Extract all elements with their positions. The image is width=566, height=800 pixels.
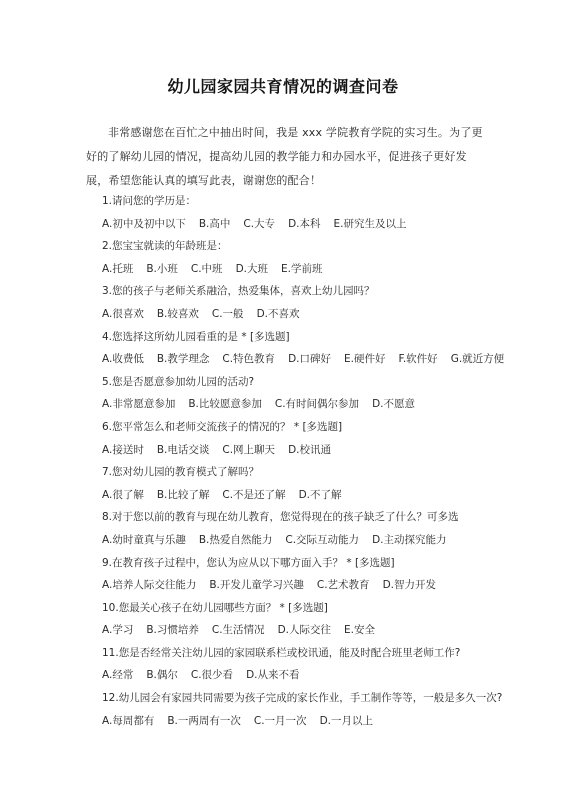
option-item: B.教学理念 [157,348,210,371]
options-row: A.很了解B.比较了解C.不是还了解D.不了解 [102,484,522,507]
option-item: A.托班 [102,258,133,281]
option-item: C.生活情况 [212,619,265,642]
option-item: C.一般 [212,303,244,326]
option-item: D.一月以上 [320,710,373,733]
options-row: A.培养人际交往能力B.开发儿童学习兴趣C.艺术教育D.智力开发 [102,574,522,597]
option-item: D.主动探究能力 [372,529,446,552]
options-row: A.每周都有B.一两周有一次C.一月一次D.一月以上 [102,710,522,733]
option-item: A.非常愿意参加 [102,393,175,416]
option-item: A.培养人际交往能力 [102,574,196,597]
option-item: B.比较了解 [157,484,210,507]
intro-paragraph: 非常感谢您在百忙之中抽出时间，我是 xxx 学院教育学院的实习生。为了更好的了解… [86,121,486,193]
option-item: A.学习 [102,619,133,642]
question-text: 1.请问您的学历是： [102,190,522,213]
options-row: A.接送时B.电话交谈C.网上聊天D.校讯通 [102,439,522,462]
option-item: A.每周都有 [102,710,154,733]
options-row: A.学习B.习惯培养C.生活情况D.人际交往E.安全 [102,619,522,642]
option-item: D.口碑好 [288,348,331,371]
option-item: B.电话交谈 [157,439,210,462]
option-item: C.中班 [191,258,223,281]
option-item: D.智力开发 [383,574,436,597]
option-item: C.网上聊天 [222,439,275,462]
option-item: A.幼时童真与乐趣 [102,529,186,552]
document-page: 幼儿园家园共育情况的调查问卷 非常感谢您在百忙之中抽出时间，我是 xxx 学院教… [0,0,566,800]
option-item: A.初中及初中以下 [102,213,186,236]
option-item: G.就近方便 [451,348,504,371]
option-item: C.一月一次 [254,710,307,733]
option-item: B.比较愿意参加 [188,393,262,416]
question-text: 10.您最关心孩子在幼儿园哪些方面？ * [多选题] [102,597,522,620]
option-item: A.收费低 [102,348,144,371]
options-row: A.收费低B.教学理念C.特色教育D.口碑好E.硬件好F.软件好G.就近方便 [102,348,522,371]
option-item: D.人际交往 [278,619,331,642]
question-text: 4.您选择这所幼儿园看重的是 * [多选题] [102,326,522,349]
question-text: 8.对于您以前的教育与现在幼儿教育，您觉得现在的孩子缺乏了什么？可多选 [102,506,522,529]
option-item: D.校讯通 [288,439,331,462]
option-item: D.不喜欢 [257,303,300,326]
option-item: C.大专 [243,213,275,236]
option-item: B.一两周有一次 [167,710,241,733]
option-item: A.很了解 [102,484,144,507]
question-text: 7.您对幼儿园的教育模式了解吗？ [102,461,522,484]
option-item: A.经常 [102,664,133,687]
question-text: 6.您平常怎么和老师交流孩子的情况的？ * [多选题] [102,416,522,439]
question-text: 12.幼儿园会有家园共同需要为孩子完成的家长作业，手工制作等等，一般是多久一次? [102,687,522,710]
options-row: A.非常愿意参加B.比较愿意参加C.有时间偶尔参加D.不愿意 [102,393,522,416]
options-row: A.初中及初中以下B.高中C.大专D.本科E.研究生及以上 [102,213,522,236]
option-item: D.不愿意 [372,393,415,416]
option-item: D.本科 [288,213,320,236]
option-item: D.不了解 [299,484,342,507]
option-item: B.较喜欢 [157,303,199,326]
option-item: E.硬件好 [344,348,385,371]
option-item: D.大班 [236,258,268,281]
options-row: A.托班B.小班C.中班D.大班E.学前班 [102,258,522,281]
options-row: A.经常B.偶尔C.很少看D.从来不看 [102,664,522,687]
option-item: B.开发儿童学习兴趣 [209,574,304,597]
option-item: B.小班 [146,258,178,281]
question-text: 2.您宝宝就读的年龄班是： [102,235,522,258]
option-item: C.特色教育 [222,348,275,371]
option-item: C.很少看 [191,664,233,687]
question-text: 9.在教育孩子过程中，您认为应从以下哪方面入手？ * [多选题] [102,552,522,575]
options-row: A.很喜欢B.较喜欢C.一般D.不喜欢 [102,303,522,326]
option-item: B.习惯培养 [146,619,199,642]
option-item: E.学前班 [281,258,322,281]
option-item: C.有时间偶尔参加 [275,393,359,416]
option-item: E.安全 [344,619,375,642]
question-text: 3.您的孩子与老师关系融洽，热爱集体，喜欢上幼儿园吗？ [102,280,522,303]
option-item: F.软件好 [398,348,437,371]
option-item: B.偶尔 [146,664,178,687]
option-item: A.很喜欢 [102,303,144,326]
question-text: 5.您是否愿意参加幼儿园的活动? [102,371,522,394]
option-item: D.从来不看 [246,664,299,687]
option-item: C.交际互动能力 [285,529,359,552]
option-item: C.艺术教育 [317,574,370,597]
option-item: E.研究生及以上 [334,213,407,236]
option-item: B.热爱自然能力 [199,529,273,552]
question-list: 1.请问您的学历是：A.初中及初中以下B.高中C.大专D.本科E.研究生及以上2… [102,190,522,732]
option-item: A.接送时 [102,439,144,462]
option-item: C.不是还了解 [222,484,285,507]
question-text: 11.您是否经常关注幼儿园的家园联系栏或校讯通，能及时配合班里老师工作? [102,642,522,665]
document-title: 幼儿园家园共育情况的调查问卷 [0,74,566,97]
options-row: A.幼时童真与乐趣B.热爱自然能力C.交际互动能力D.主动探究能力 [102,529,522,552]
option-item: B.高中 [199,213,231,236]
